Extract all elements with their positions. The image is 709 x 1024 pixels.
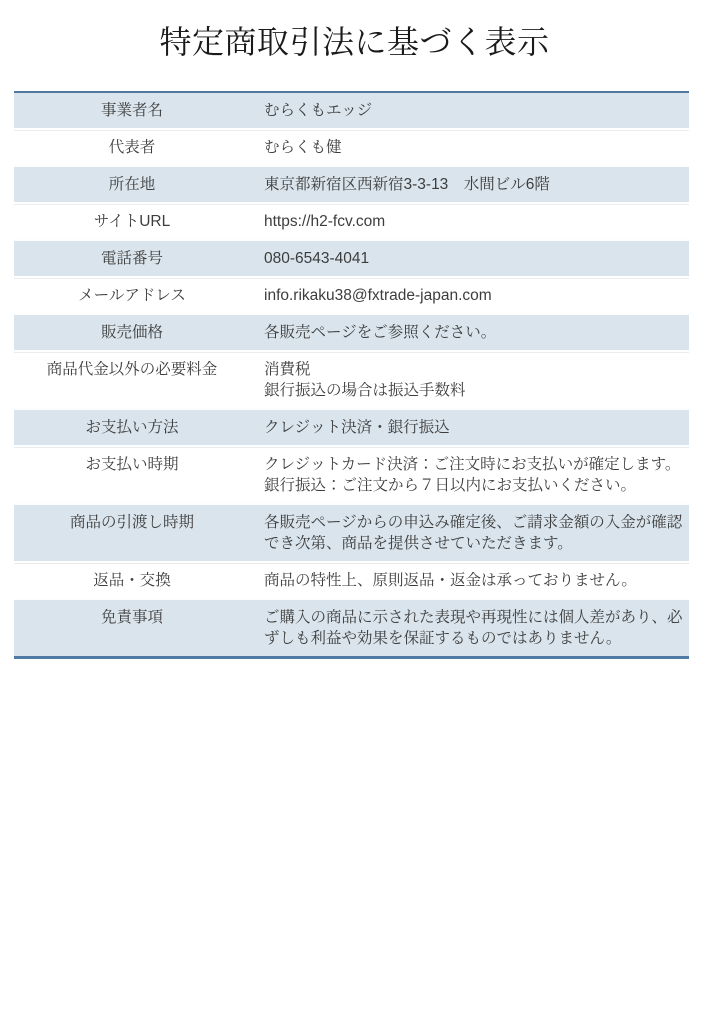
row-label: サイトURL: [14, 203, 250, 240]
row-value: 東京都新宿区西新宿3-3-13 水間ビル6階: [250, 166, 689, 203]
row-value: 080-6543-4041: [250, 240, 689, 277]
row-value: 消費税 銀行振込の場合は振込手数料: [250, 351, 689, 409]
row-label: 事業者名: [14, 92, 250, 129]
row-value: むらくも健: [250, 129, 689, 166]
table-row: 代表者 むらくも健: [14, 129, 689, 166]
table-row: 商品代金以外の必要料金 消費税 銀行振込の場合は振込手数料: [14, 351, 689, 409]
row-label: 返品・交換: [14, 562, 250, 599]
table-row: お支払い時期 クレジットカード決済：ご注文時にお支払いが確定します。 銀行振込：…: [14, 446, 689, 504]
row-label: 商品代金以外の必要料金: [14, 351, 250, 409]
row-value: クレジットカード決済：ご注文時にお支払いが確定します。 銀行振込：ご注文から７日…: [250, 446, 689, 504]
table-row: 商品の引渡し時期 各販売ページからの申込み確定後、ご請求金額の入金が確認でき次第…: [14, 504, 689, 562]
disclosure-table-container: 事業者名 むらくもエッジ 代表者 むらくも健 所在地 東京都新宿区西新宿3-3-…: [14, 91, 689, 659]
row-label: お支払い時期: [14, 446, 250, 504]
row-value: 各販売ページをご参照ください。: [250, 314, 689, 351]
row-value: むらくもエッジ: [250, 92, 689, 129]
row-value: https://h2-fcv.com: [250, 203, 689, 240]
row-label: 電話番号: [14, 240, 250, 277]
row-label: 所在地: [14, 166, 250, 203]
table-row: 免責事項 ご購入の商品に示された表現や再現性には個人差があり、必ずしも利益や効果…: [14, 599, 689, 658]
table-row: 事業者名 むらくもエッジ: [14, 92, 689, 129]
table-row: 所在地 東京都新宿区西新宿3-3-13 水間ビル6階: [14, 166, 689, 203]
row-label: メールアドレス: [14, 277, 250, 314]
row-label: 免責事項: [14, 599, 250, 658]
table-row: サイトURL https://h2-fcv.com: [14, 203, 689, 240]
row-label: 商品の引渡し時期: [14, 504, 250, 562]
table-row: 返品・交換 商品の特性上、原則返品・返金は承っておりません。: [14, 562, 689, 599]
disclosure-table-body: 事業者名 むらくもエッジ 代表者 むらくも健 所在地 東京都新宿区西新宿3-3-…: [14, 92, 689, 658]
row-value: ご購入の商品に示された表現や再現性には個人差があり、必ずしも利益や効果を保証する…: [250, 599, 689, 658]
row-value: クレジット決済・銀行振込: [250, 409, 689, 446]
row-value: 商品の特性上、原則返品・返金は承っておりません。: [250, 562, 689, 599]
row-value: info.rikaku38@fxtrade-japan.com: [250, 277, 689, 314]
disclosure-table: 事業者名 むらくもエッジ 代表者 むらくも健 所在地 東京都新宿区西新宿3-3-…: [14, 91, 689, 659]
table-row: 電話番号 080-6543-4041: [14, 240, 689, 277]
row-label: 販売価格: [14, 314, 250, 351]
row-label: 代表者: [14, 129, 250, 166]
page-title: 特定商取引法に基づく表示: [0, 0, 709, 64]
page: 特定商取引法に基づく表示 事業者名 むらくもエッジ 代表者 むらくも健 所在地 …: [0, 0, 709, 1024]
table-row: 販売価格 各販売ページをご参照ください。: [14, 314, 689, 351]
row-value: 各販売ページからの申込み確定後、ご請求金額の入金が確認でき次第、商品を提供させて…: [250, 504, 689, 562]
table-row: メールアドレス info.rikaku38@fxtrade-japan.com: [14, 277, 689, 314]
table-row: お支払い方法 クレジット決済・銀行振込: [14, 409, 689, 446]
row-label: お支払い方法: [14, 409, 250, 446]
